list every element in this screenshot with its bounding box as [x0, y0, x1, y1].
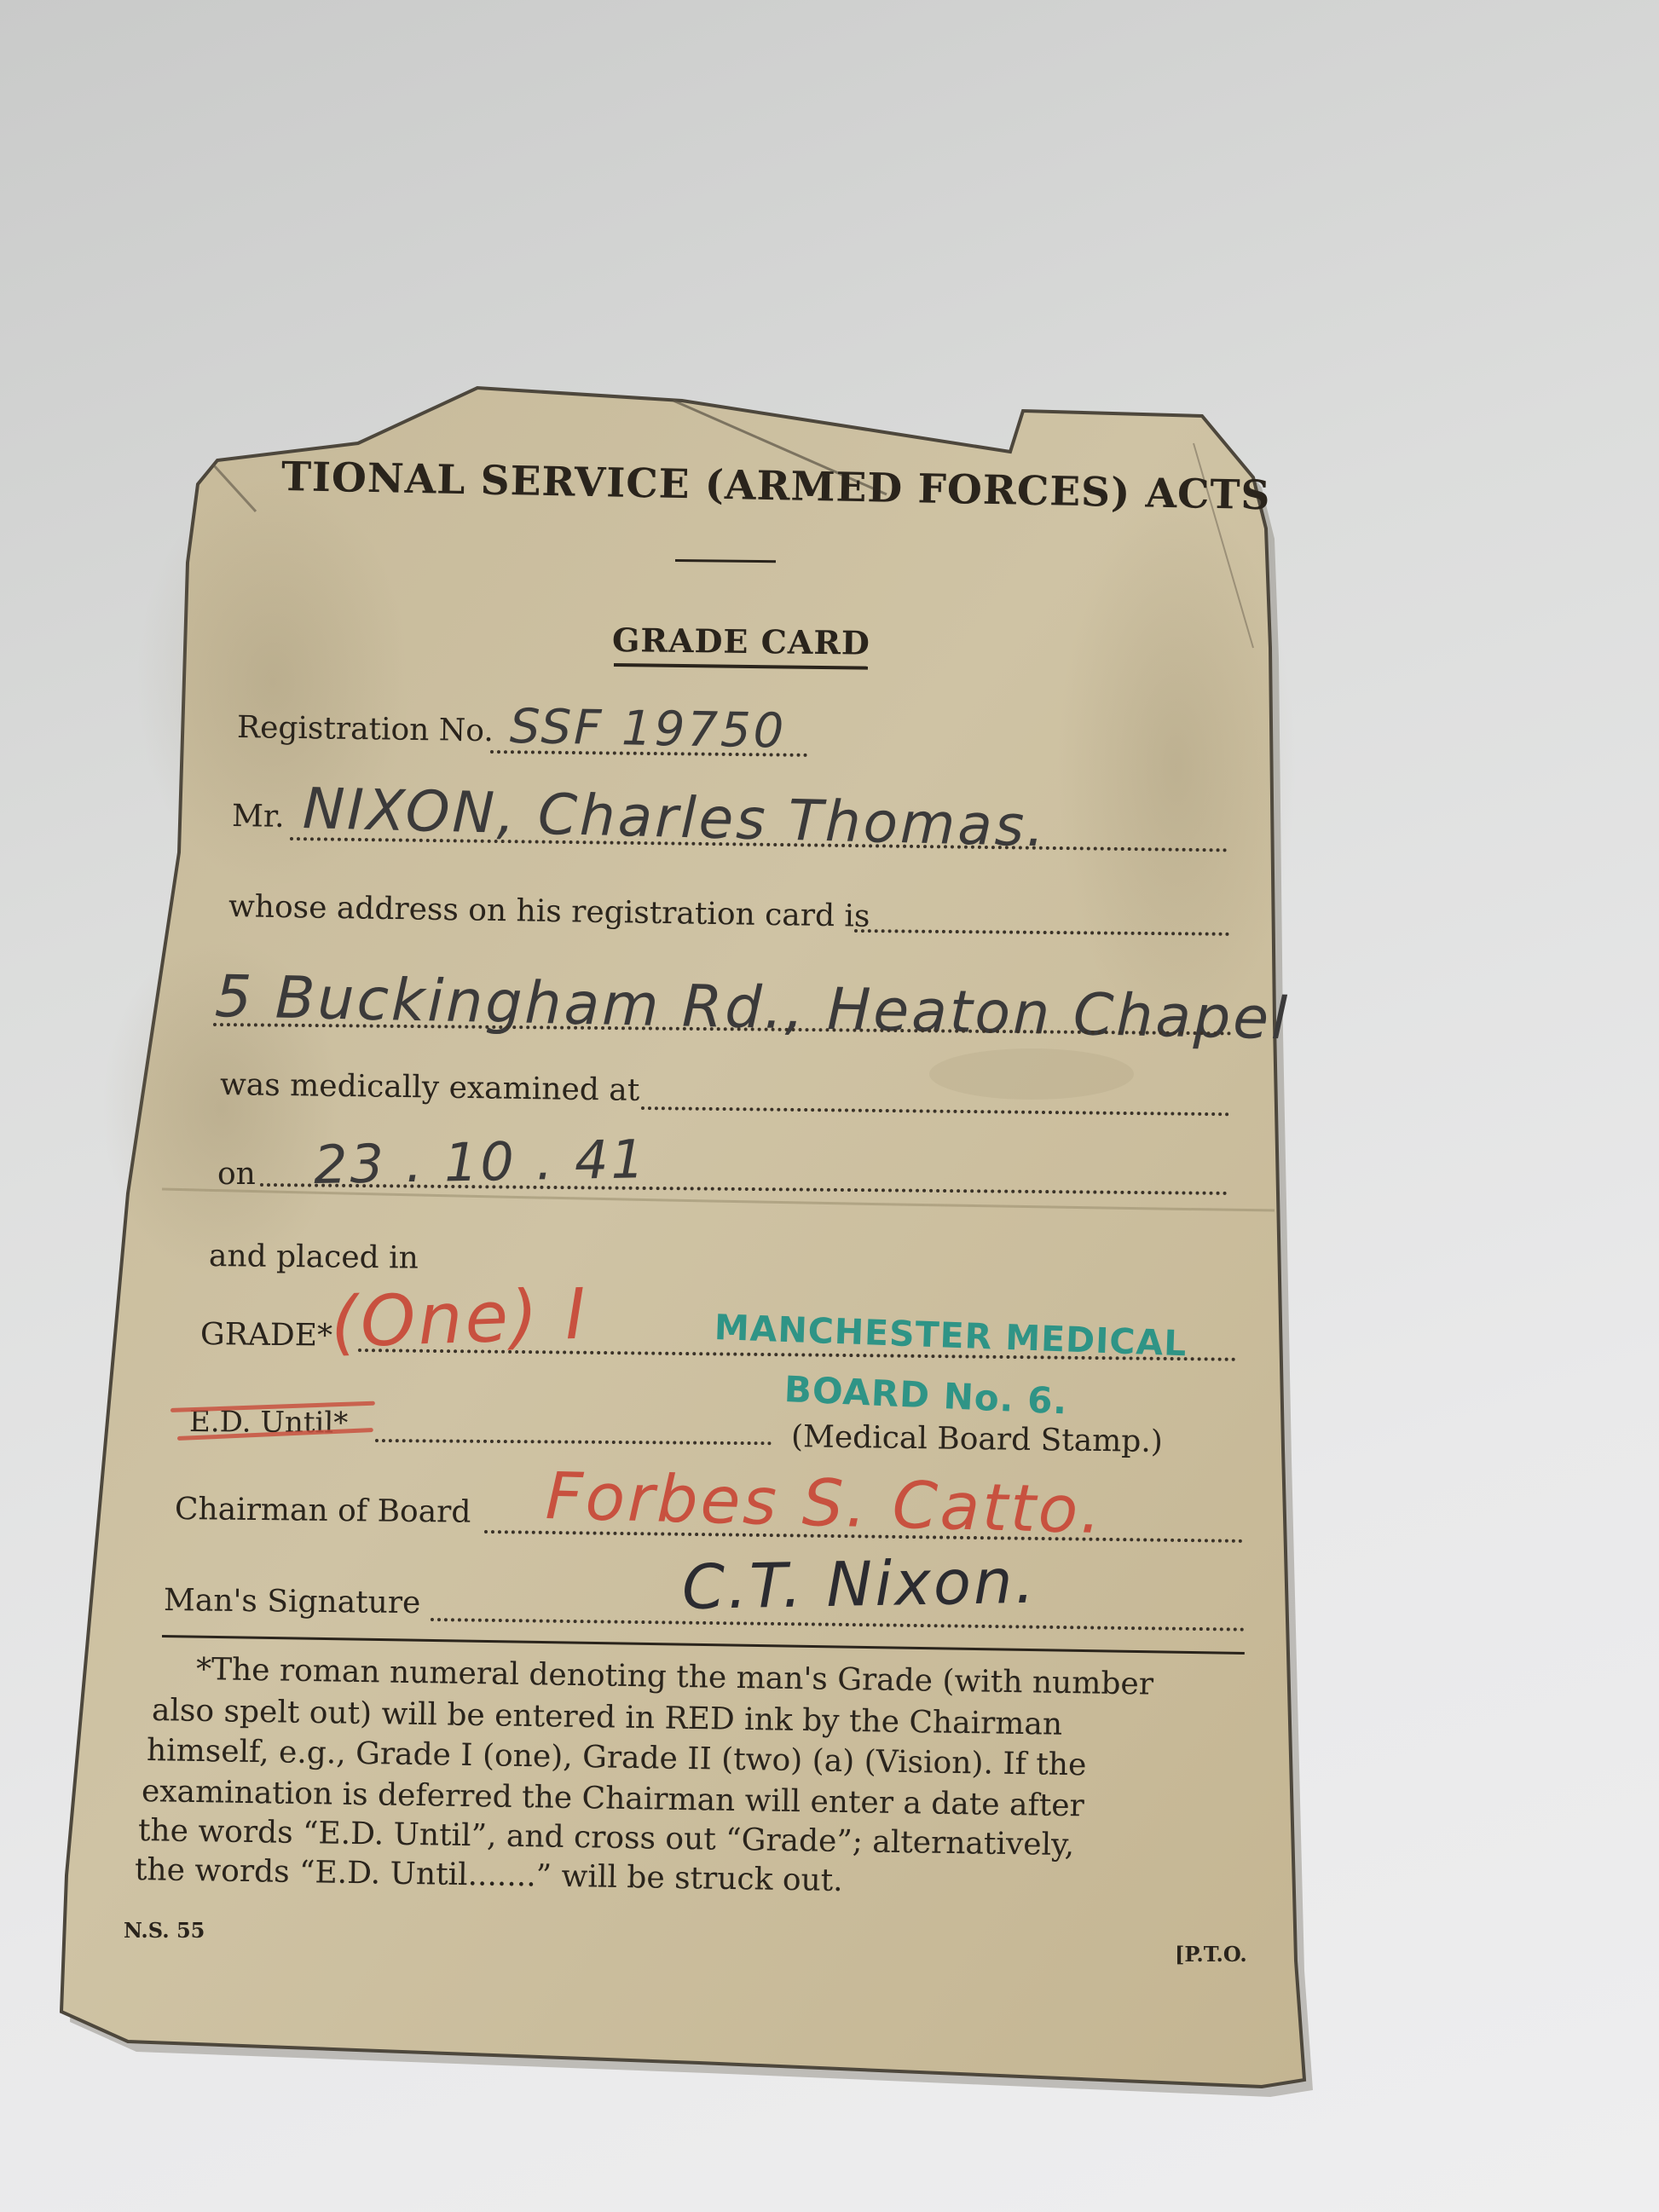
stamp-caption: (Medical Board Stamp.): [791, 1419, 1163, 1459]
examined-at-label: was medically examined at: [220, 1067, 640, 1108]
chairman-signature: Forbes S. Catto.: [545, 1458, 1105, 1548]
registration-label: Registration No.: [237, 710, 494, 748]
ed-until-dotted-line: [375, 1439, 772, 1445]
pto-marker: [P.T.O.: [1175, 1942, 1247, 1967]
grade-value: (One) I: [329, 1273, 589, 1363]
date-label: on: [217, 1157, 256, 1192]
act-header: TIONAL SERVICE (ARMED FORCES) ACTS: [280, 453, 1270, 519]
man-signature: C.T. Nixon.: [681, 1545, 1038, 1623]
grade-label: GRADE*: [200, 1317, 332, 1354]
medical-board-stamp-line-2: BOARD No. 6.: [783, 1368, 1069, 1422]
chairman-label: Chairman of Board: [175, 1492, 471, 1530]
examined-at-dotted-line: [641, 1106, 1229, 1116]
header-divider: [675, 559, 776, 563]
address-dotted-line-1: [854, 929, 1229, 936]
registration-number: SSF 19750: [509, 699, 786, 759]
grade-card: TIONAL SERVICE (ARMED FORCES) ACTS GRADE…: [0, 0, 1659, 2212]
man-name: NIXON, Charles Thomas.: [302, 776, 1048, 859]
name-prefix: Mr.: [232, 799, 285, 835]
address-value: 5 Buckingham Rd., Heaton Chapel: [214, 963, 1291, 1053]
card-title: GRADE CARD: [612, 621, 870, 662]
address-label: whose address on his registration card i…: [228, 889, 870, 934]
exam-date: 23 . 10 . 41: [313, 1128, 647, 1196]
placed-in-label: and placed in: [209, 1239, 419, 1276]
signature-label: Man's Signature: [164, 1583, 421, 1620]
form-code: N.S. 55: [124, 1918, 205, 1943]
title-underline: [614, 663, 868, 670]
